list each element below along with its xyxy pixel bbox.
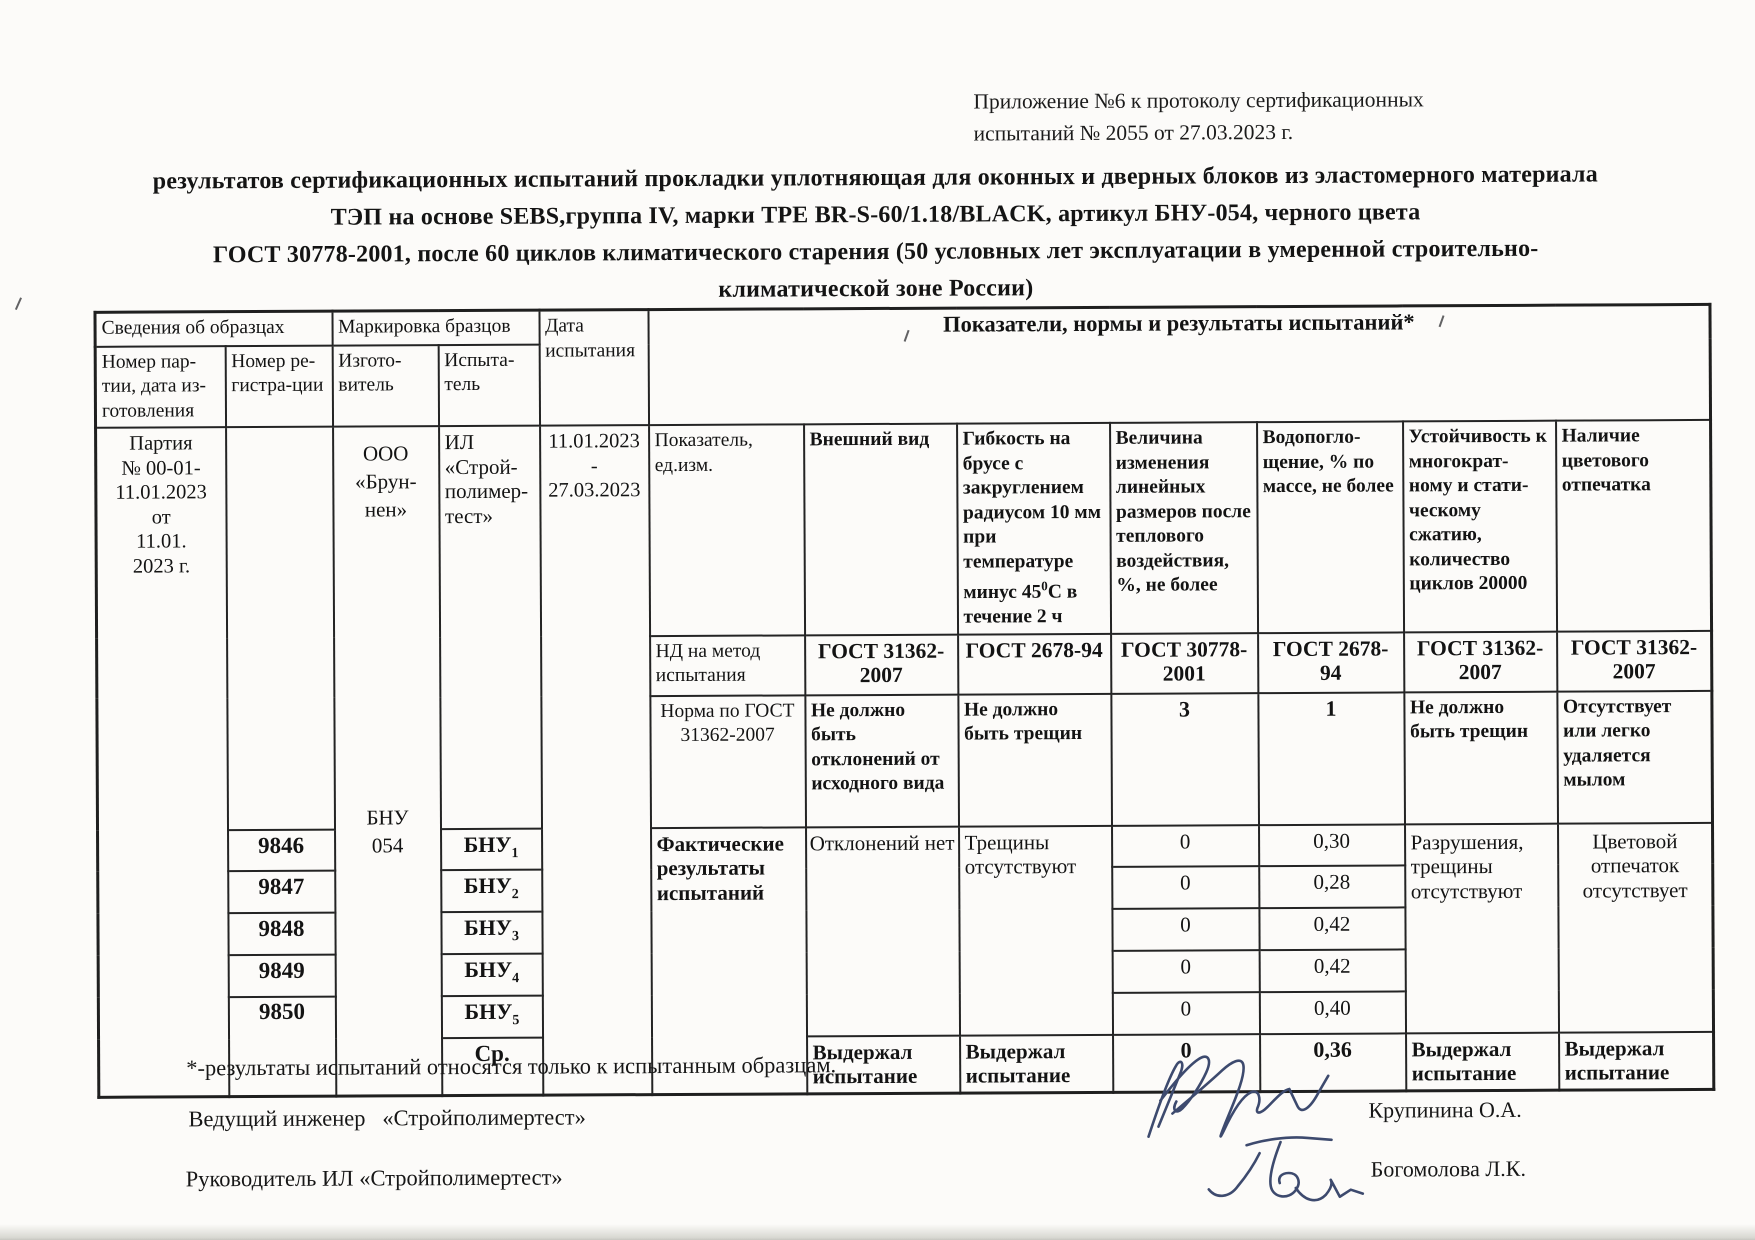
indicator-appearance: Внешний вид <box>804 424 958 635</box>
marking-base: БНУ <box>464 831 512 856</box>
col-header-tester: Испыта-тель <box>438 344 539 426</box>
marking-base: БНУ <box>464 957 512 982</box>
avg-flexibility: Выдержал испытание <box>960 1035 1113 1093</box>
norm-appearance: Не должно быть отклонений от исходного в… <box>805 694 959 827</box>
reg-number-cell: 9848 <box>228 913 335 955</box>
linear-value-cell: 0 <box>1112 950 1259 993</box>
linear-value-cell: 0 <box>1112 992 1259 1035</box>
reg-number-cell: 9849 <box>228 955 335 997</box>
linear-value-cell: 0 <box>1112 908 1259 951</box>
manufacturer-cell: ООО «Брун- нен» БНУ 054 <box>333 426 442 1096</box>
water-value-cell: 0,42 <box>1259 908 1405 951</box>
method-label-cell: НД на метод испытания <box>650 635 805 696</box>
col-header-batch-number: Номер пар-тии, дата из-готовления <box>95 346 225 428</box>
annex-note: Приложение №6 к протоколу сертификационн… <box>973 83 1424 149</box>
footnote: *-результаты испытаний относятся только … <box>186 1052 836 1081</box>
fact-imprint: Цветовой отпечаток отсутствует <box>1558 822 1714 1032</box>
annex-note-line2: испытаний № 2055 от 27.03.2023 г. <box>974 115 1424 149</box>
col-header-manufacturer: Изгото-витель <box>332 345 438 427</box>
method-standard-flexibility: ГОСТ 2678-94 <box>958 633 1111 694</box>
water-value-cell: 0,42 <box>1259 950 1405 993</box>
flexibility-text: Гибкость на брусе с закруглением радиусо… <box>963 428 1101 603</box>
reg-empty-cell <box>226 427 335 830</box>
reg-number-cell: 9846 <box>228 829 335 871</box>
sample-marking-cell: БНУ4 <box>441 954 542 996</box>
reg-number-cell: 9847 <box>228 871 335 913</box>
indicator-flexibility: Гибкость на брусе с закруглением радиусо… <box>957 423 1111 634</box>
marking-base: БНУ <box>464 873 512 898</box>
avg-imprint: Выдержал испытание <box>1559 1032 1714 1090</box>
fact-flexibility: Трещины отсутствуют <box>959 825 1113 1035</box>
header-samples-info: Сведения об образцах <box>95 311 332 346</box>
fact-appearance: Отклонений нет <box>806 826 960 1036</box>
method-standard-water: ГОСТ 2678-94 <box>1258 632 1404 693</box>
tester-org-cell: ИЛ «Строй- полимер- тест» <box>439 426 542 829</box>
norm-water: 1 <box>1258 692 1405 825</box>
test-date-cell: 11.01.2023 - 27.03.2023 <box>540 425 652 1095</box>
water-value-cell: 0,30 <box>1259 824 1405 867</box>
sample-marking-cell: БНУ3 <box>441 912 542 954</box>
col-header-reg-number: Номер ре-гистра-ции <box>225 345 332 427</box>
signature-role-lead-engineer: Ведущий инженер «Стройполимертест» <box>188 1104 586 1132</box>
norm-flexibility: Не должно быть трещин <box>958 693 1112 826</box>
header-marking: Маркировка бразцов <box>332 310 539 345</box>
sample-marking-cell: БНУ1 <box>441 828 542 870</box>
method-standard-compression: ГОСТ 31362-2007 <box>1404 631 1557 692</box>
linear-value-cell: 0 <box>1112 867 1259 910</box>
marking-index: 3 <box>512 929 519 944</box>
sample-marking-cell: БНУ5 <box>441 996 542 1038</box>
indicator-linear-change: Величина изменения линейных размеров пос… <box>1110 422 1258 633</box>
header-test-date: Дата испытания <box>539 310 649 426</box>
avg-compression: Выдержал испытание <box>1406 1033 1559 1091</box>
document-content: Приложение №6 к протоколу сертификационн… <box>0 0 1755 1240</box>
fact-compression: Разрушения, трещины отсутствуют <box>1405 823 1559 1033</box>
norm-linear: 3 <box>1111 693 1259 826</box>
signature-role-lab-head: Руководитель ИЛ «Стройполимертест» <box>186 1165 563 1193</box>
header-indicators-title: Показатели, нормы и результаты испытаний… <box>648 304 1711 425</box>
signature-name-2: Богомолова Л.К. <box>1371 1156 1526 1183</box>
annex-note-line1: Приложение №6 к протоколу сертификационн… <box>973 83 1423 117</box>
batch-cell: Партия № 00-01- 11.01.2023 от 11.01. 202… <box>96 427 229 1097</box>
certification-results-table: Сведения об образцах Маркировка бразцов … <box>93 303 1715 1099</box>
indicator-label-cell: Показатель, ед.изм. <box>649 424 805 635</box>
handwritten-signature-2 <box>1205 1131 1373 1212</box>
scanned-document-page: Приложение №6 к протоколу сертификационн… <box>0 0 1755 1240</box>
method-standard-appearance: ГОСТ 31362-2007 <box>805 634 958 695</box>
norm-imprint: Отсутствует или легко удаляется мылом <box>1557 690 1713 823</box>
water-value-cell: 0,40 <box>1259 991 1405 1034</box>
signature-name-1: Крупинина О.А. <box>1368 1097 1521 1124</box>
method-standard-imprint: ГОСТ 31362-2007 <box>1557 630 1712 691</box>
indicator-compression-resistance: Устойчивость к многократ-ному и стати-че… <box>1403 421 1557 632</box>
sample-marking-cell: БНУ2 <box>441 870 542 912</box>
indicator-water-absorption: Водопогло-щение, % по массе, не более <box>1257 421 1404 632</box>
water-value-cell: 0,28 <box>1259 866 1405 909</box>
norm-label-cell: Норма по ГОСТ 31362-2007 <box>650 695 806 828</box>
indicator-color-imprint: Наличие цветового отпечатка <box>1556 420 1712 631</box>
marking-base: БНУ <box>464 999 512 1024</box>
marking-index: 2 <box>512 888 519 903</box>
marking-index: 1 <box>512 846 519 861</box>
reg-number-cell: 9850 <box>228 997 335 1097</box>
norm-compression: Не должно быть трещин <box>1404 691 1558 824</box>
signature-stroke <box>1148 1056 1328 1137</box>
manufacturer-org: ООО «Брун- нен» <box>334 439 438 524</box>
marking-index: 4 <box>512 971 519 986</box>
manufacturer-marking: БНУ 054 <box>335 803 439 860</box>
marking-base: БНУ <box>464 915 512 940</box>
document-title: результатов сертификационных испытаний п… <box>0 156 1753 313</box>
marking-index: 5 <box>512 1013 519 1028</box>
scan-bottom-edge <box>0 1224 1755 1240</box>
method-standard-linear: ГОСТ 30778-2001 <box>1111 633 1258 694</box>
linear-value-cell: 0 <box>1112 825 1259 868</box>
signature-stroke <box>1209 1137 1363 1201</box>
